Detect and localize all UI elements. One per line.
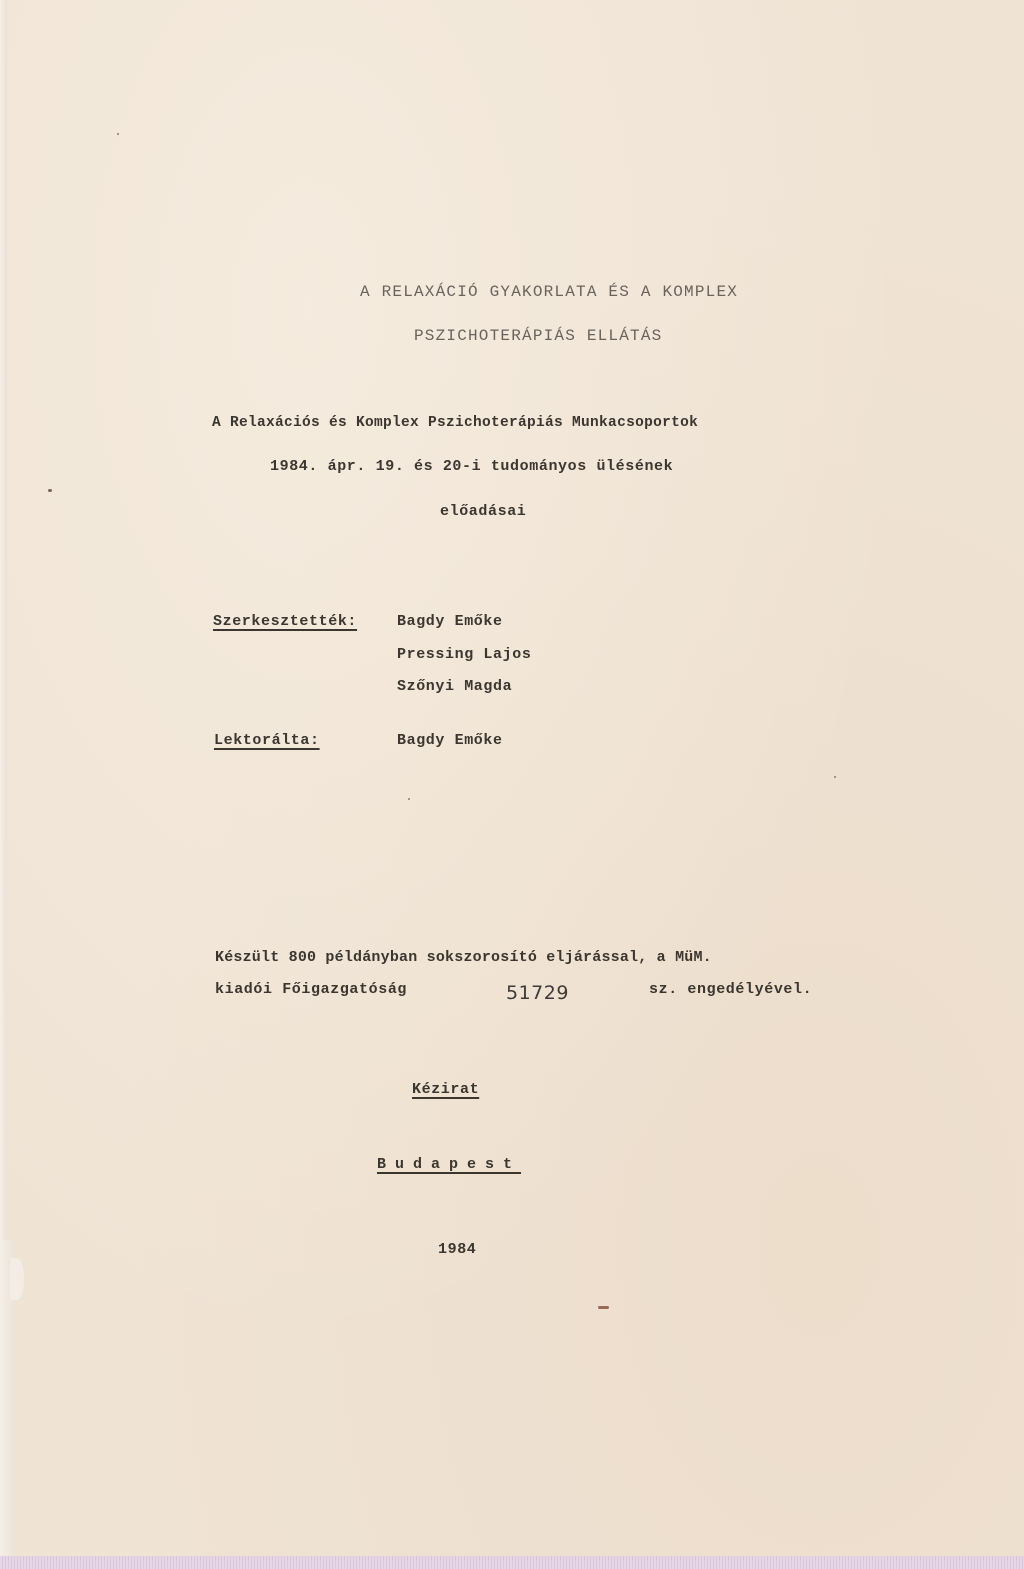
imprint-line-2-prefix: kiadói Főigazgatóság xyxy=(215,981,407,999)
subtitle-line-3: előadásai xyxy=(440,503,526,521)
editors-label: Szerkesztették: xyxy=(213,613,357,631)
title-line-1: A RELAXÁCIÓ GYAKORLATA ÉS A KOMPLEX xyxy=(360,283,738,301)
subtitle-line-2: 1984. ápr. 19. és 20-i tudományos ülésén… xyxy=(270,458,673,476)
reviewer-name: Bagdy Emőke xyxy=(397,732,503,750)
imprint-line-2-suffix: sz. engedélyével. xyxy=(649,981,812,999)
binding-tear xyxy=(10,1258,24,1300)
place-label: Budapest xyxy=(377,1156,521,1174)
paper-dot xyxy=(408,798,410,800)
paper-speck xyxy=(598,1306,609,1309)
scan-bottom-strip xyxy=(0,1556,1024,1569)
permit-number: 51729 xyxy=(506,984,569,1002)
manuscript-label: Kézirat xyxy=(412,1081,479,1099)
title-line-2: PSZICHOTERÁPIÁS ELLÁTÁS xyxy=(414,327,662,345)
paper-speck xyxy=(48,489,52,492)
document-page: A RELAXÁCIÓ GYAKORLATA ÉS A KOMPLEX PSZI… xyxy=(0,0,1024,1556)
editor-name: Szőnyi Magda xyxy=(397,678,512,696)
editor-name: Bagdy Emőke xyxy=(397,613,503,631)
reviewer-label: Lektorálta: xyxy=(214,732,320,750)
paper-dot xyxy=(117,133,119,135)
paper-dot xyxy=(834,776,836,778)
editor-name: Pressing Lajos xyxy=(397,646,531,664)
year-label: 1984 xyxy=(438,1241,476,1259)
subtitle-line-1: A Relaxációs és Komplex Pszichoterápiás … xyxy=(212,414,698,432)
imprint-line-1: Készült 800 példányban sokszorosító eljá… xyxy=(215,949,712,967)
